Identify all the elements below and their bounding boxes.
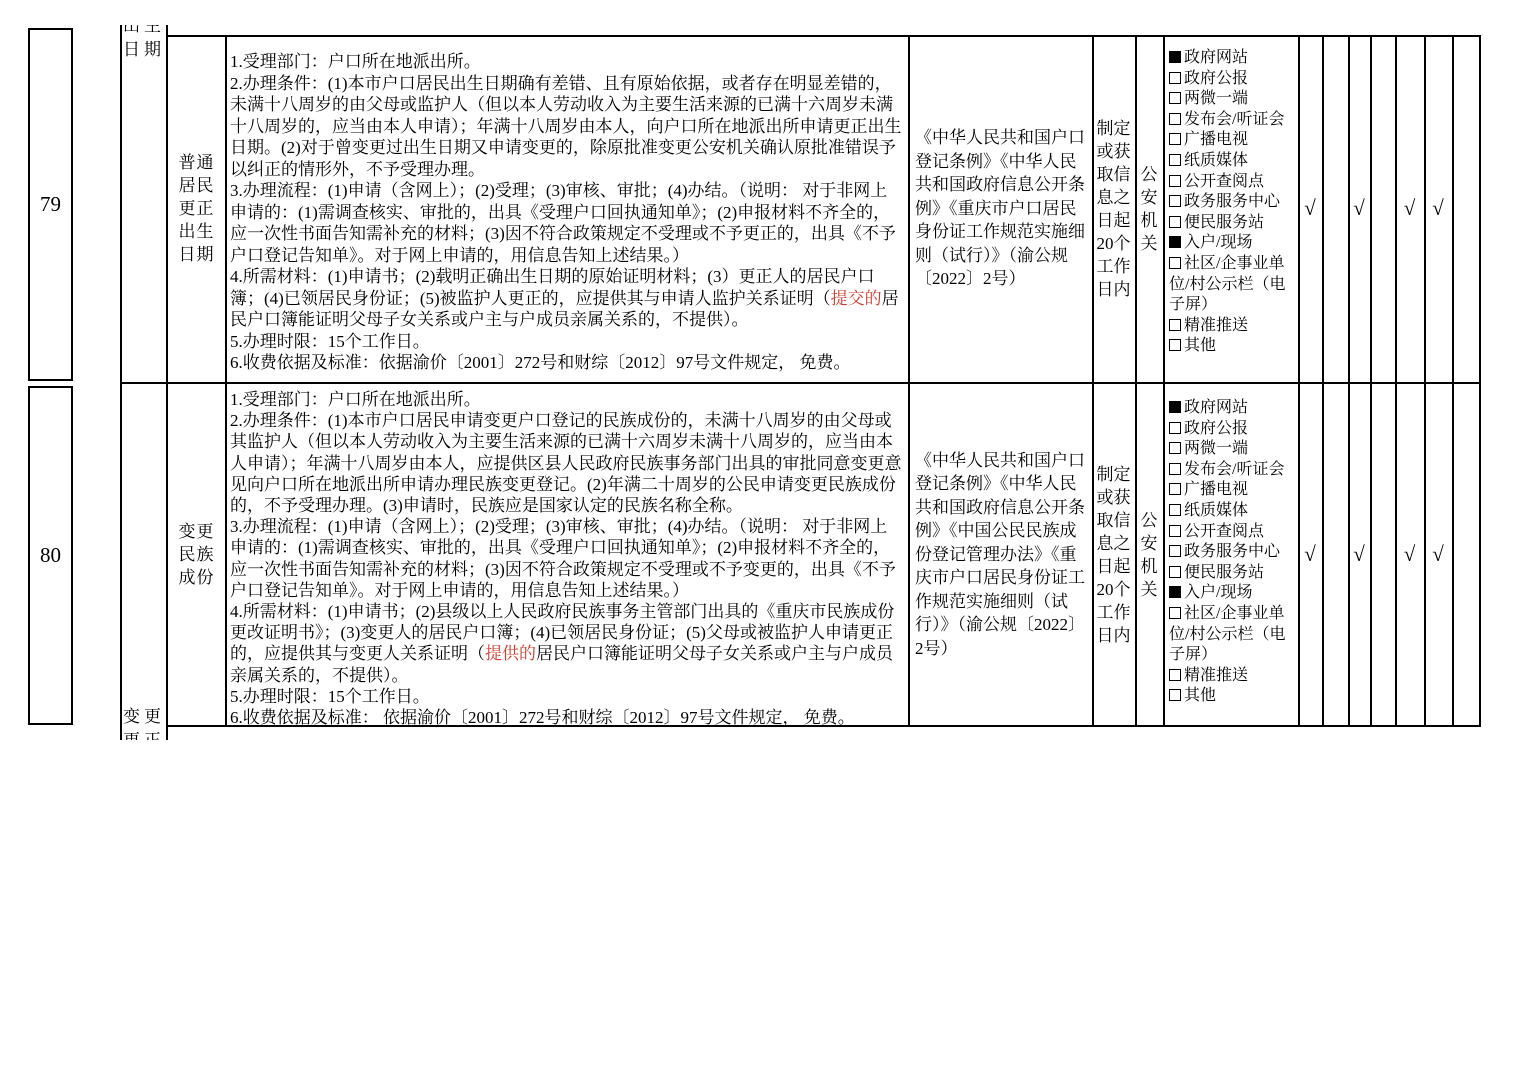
channel-option: 政务服务中心 bbox=[1169, 192, 1296, 213]
channel-label: 社区/企事业单位/村公示栏（电子屏） bbox=[1169, 605, 1285, 663]
checkbox-unchecked-icon bbox=[1169, 525, 1181, 537]
channel-label: 便民服务站 bbox=[1184, 564, 1264, 581]
tick-cell bbox=[1322, 35, 1348, 382]
channel-option: 纸质媒体 bbox=[1169, 151, 1296, 172]
checkbox-unchecked-icon bbox=[1169, 72, 1181, 84]
tick-columns-row: √√√√ bbox=[1298, 382, 1481, 727]
channels-cell: 政府网站政府公报两微一端发布会/听证会广播电视纸质媒体公开查阅点政务服务中心便民… bbox=[1165, 35, 1296, 382]
checkbox-unchecked-icon bbox=[1169, 422, 1181, 434]
tick-cell: √ bbox=[1424, 382, 1452, 727]
item-name-cell: 变更民族成份 bbox=[170, 384, 223, 725]
tick-columns-row: √√√√ bbox=[1298, 35, 1481, 382]
channel-label: 公开查阅点 bbox=[1184, 523, 1264, 540]
agency-text: 公安机关 bbox=[1140, 509, 1158, 601]
description-text: 1.受理部门：户口所在地派出所。 2.办理条件：(1)本市户口居民出生日期确有差… bbox=[230, 52, 902, 308]
channel-option: 政府网站 bbox=[1169, 48, 1296, 69]
checkbox-unchecked-icon bbox=[1169, 92, 1181, 104]
channel-label: 其他 bbox=[1184, 687, 1216, 704]
channel-label: 入户/现场 bbox=[1184, 584, 1252, 601]
channel-option: 发布会/听证会 bbox=[1169, 460, 1296, 481]
tick-cell: √ bbox=[1298, 382, 1322, 727]
checkbox-checked-icon bbox=[1169, 586, 1181, 598]
channel-option: 两微一端 bbox=[1169, 89, 1296, 110]
checkbox-unchecked-icon bbox=[1169, 133, 1181, 145]
checkbox-unchecked-icon bbox=[1169, 669, 1181, 681]
checkbox-unchecked-icon bbox=[1169, 257, 1181, 269]
channel-option: 精准推送 bbox=[1169, 666, 1296, 687]
channels-cell: 政府网站政府公报两微一端发布会/听证会广播电视纸质媒体公开查阅点政务服务中心便民… bbox=[1165, 382, 1296, 727]
checkbox-unchecked-icon bbox=[1169, 607, 1181, 619]
item-name-cell: 普通居民更正出生日期 bbox=[170, 37, 223, 380]
checkbox-unchecked-icon bbox=[1169, 216, 1181, 228]
channel-option: 两微一端 bbox=[1169, 439, 1296, 460]
channel-label: 政务服务中心 bbox=[1184, 543, 1280, 560]
channel-option: 社区/企事业单位/村公示栏（电子屏） bbox=[1169, 254, 1296, 316]
channel-label: 精准推送 bbox=[1184, 317, 1248, 334]
group-label: 变更更正 bbox=[122, 705, 166, 740]
time-limit-cell: 制定或获取信息之日起20个工作日内 bbox=[1094, 35, 1133, 382]
agency-cell: 公安机关 bbox=[1137, 35, 1161, 382]
description-cell: 1.受理部门：户口所在地派出所。 2.办理条件：(1)本市户口居民申请变更户口登… bbox=[227, 382, 906, 727]
tick-cell: √ bbox=[1395, 382, 1424, 727]
checkbox-unchecked-icon bbox=[1169, 319, 1181, 331]
channel-label: 其他 bbox=[1184, 337, 1216, 354]
description-text: 1.受理部门：户口所在地派出所。 2.办理条件：(1)本市户口居民申请变更户口登… bbox=[230, 390, 902, 663]
channel-label: 社区/企事业单位/村公示栏（电子屏） bbox=[1169, 255, 1285, 313]
row-number-cell: 80 bbox=[28, 386, 73, 725]
time-limit-text: 制定或获取信息之日起20个工作日内 bbox=[1095, 463, 1133, 647]
tick-cell bbox=[1452, 382, 1481, 727]
channel-option: 便民服务站 bbox=[1169, 563, 1296, 584]
legal-basis-cell: 《中华人民共和国户口登记条例》《中华人民共和国政府信息公开条例》《中国公民民族成… bbox=[910, 382, 1090, 727]
legal-basis-text: 《中华人民共和国户口登记条例》《中华人民共和国政府信息公开条例》《中国公民民族成… bbox=[910, 449, 1090, 661]
group-label: 出生日期 bbox=[122, 25, 166, 62]
channel-option: 公开查阅点 bbox=[1169, 522, 1296, 543]
check-mark: √ bbox=[1304, 542, 1316, 567]
row-number-cell: 79 bbox=[28, 28, 73, 381]
channel-option: 其他 bbox=[1169, 336, 1296, 357]
channel-option: 精准推送 bbox=[1169, 316, 1296, 337]
channel-option: 广播电视 bbox=[1169, 480, 1296, 501]
legal-basis-text: 《中华人民共和国户口登记条例》《中华人民共和国政府信息公开条例》《重庆市户口居民… bbox=[910, 126, 1090, 291]
tick-cell bbox=[1452, 35, 1481, 382]
checkbox-unchecked-icon bbox=[1169, 195, 1181, 207]
checkbox-unchecked-icon bbox=[1169, 154, 1181, 166]
channel-label: 政务服务中心 bbox=[1184, 193, 1280, 210]
channel-option: 公开查阅点 bbox=[1169, 172, 1296, 193]
checkbox-checked-icon bbox=[1169, 401, 1181, 413]
tick-cell bbox=[1370, 382, 1395, 727]
check-mark: √ bbox=[1353, 542, 1365, 567]
checkbox-unchecked-icon bbox=[1169, 463, 1181, 475]
channel-option: 广播电视 bbox=[1169, 130, 1296, 151]
tick-cell bbox=[1370, 35, 1395, 382]
channel-label: 便民服务站 bbox=[1184, 214, 1264, 231]
channel-label: 纸质媒体 bbox=[1184, 502, 1248, 519]
checkbox-unchecked-icon bbox=[1169, 504, 1181, 516]
channel-label: 政府网站 bbox=[1184, 399, 1248, 416]
tick-cell: √ bbox=[1298, 35, 1322, 382]
channel-label: 入户/现场 bbox=[1184, 234, 1252, 251]
tick-cell: √ bbox=[1348, 382, 1370, 727]
channel-label: 发布会/听证会 bbox=[1184, 461, 1284, 478]
channel-option: 政府公报 bbox=[1169, 419, 1296, 440]
channel-option: 发布会/听证会 bbox=[1169, 110, 1296, 131]
agency-cell: 公安机关 bbox=[1137, 382, 1161, 727]
check-mark: √ bbox=[1304, 196, 1316, 221]
channel-label: 公开查阅点 bbox=[1184, 173, 1264, 190]
agency-text: 公安机关 bbox=[1140, 163, 1158, 255]
legal-basis-cell: 《中华人民共和国户口登记条例》《中华人民共和国政府信息公开条例》《重庆市户口居民… bbox=[910, 35, 1090, 382]
check-mark: √ bbox=[1353, 196, 1365, 221]
checkbox-unchecked-icon bbox=[1169, 483, 1181, 495]
tick-cell: √ bbox=[1395, 35, 1424, 382]
channel-option: 政府网站 bbox=[1169, 398, 1296, 419]
time-limit-cell: 制定或获取信息之日起20个工作日内 bbox=[1094, 382, 1133, 727]
document-page: { "colors": { "highlight_red": "#d23a2e"… bbox=[0, 0, 1520, 1074]
item-name: 变更民族成份 bbox=[171, 520, 223, 589]
description-cell: 1.受理部门：户口所在地派出所。 2.办理条件：(1)本市户口居民出生日期确有差… bbox=[227, 35, 906, 382]
checkbox-unchecked-icon bbox=[1169, 339, 1181, 351]
checkbox-unchecked-icon bbox=[1169, 545, 1181, 557]
checkbox-checked-icon bbox=[1169, 236, 1181, 248]
checkbox-unchecked-icon bbox=[1169, 566, 1181, 578]
check-mark: √ bbox=[1404, 542, 1416, 567]
channel-label: 纸质媒体 bbox=[1184, 152, 1248, 169]
checkbox-unchecked-icon bbox=[1169, 175, 1181, 187]
channel-label: 两微一端 bbox=[1184, 90, 1248, 107]
channel-option: 入户/现场 bbox=[1169, 583, 1296, 604]
channel-option: 政府公报 bbox=[1169, 69, 1296, 90]
tick-cell: √ bbox=[1348, 35, 1370, 382]
channel-label: 广播电视 bbox=[1184, 131, 1248, 148]
channel-option: 社区/企事业单位/村公示栏（电子屏） bbox=[1169, 604, 1296, 666]
highlighted-red-text: 提交的 bbox=[831, 289, 882, 308]
tick-cell bbox=[1322, 382, 1348, 727]
time-limit-text: 制定或获取信息之日起20个工作日内 bbox=[1095, 117, 1133, 301]
tick-cell: √ bbox=[1424, 35, 1452, 382]
group-label-cell: 变更更正 bbox=[122, 384, 166, 740]
highlighted-red-text: 提供的 bbox=[485, 644, 536, 663]
check-mark: √ bbox=[1404, 196, 1416, 221]
channel-option: 其他 bbox=[1169, 686, 1296, 707]
channel-option: 政务服务中心 bbox=[1169, 542, 1296, 563]
check-mark: √ bbox=[1432, 196, 1444, 221]
channel-option: 纸质媒体 bbox=[1169, 501, 1296, 522]
row-number: 80 bbox=[40, 543, 61, 568]
channel-label: 精准推送 bbox=[1184, 667, 1248, 684]
item-name: 普通居民更正出生日期 bbox=[171, 151, 223, 266]
channel-option: 便民服务站 bbox=[1169, 213, 1296, 234]
checkbox-unchecked-icon bbox=[1169, 442, 1181, 454]
checkbox-checked-icon bbox=[1169, 51, 1181, 63]
channel-label: 广播电视 bbox=[1184, 481, 1248, 498]
channel-option: 入户/现场 bbox=[1169, 233, 1296, 254]
channel-label: 政府网站 bbox=[1184, 49, 1248, 66]
row-number: 79 bbox=[40, 192, 61, 217]
check-mark: √ bbox=[1432, 542, 1444, 567]
channel-label: 政府公报 bbox=[1184, 420, 1248, 437]
channel-label: 发布会/听证会 bbox=[1184, 111, 1284, 128]
checkbox-unchecked-icon bbox=[1169, 113, 1181, 125]
group-label-cell: 出生日期 bbox=[122, 25, 166, 382]
channel-label: 政府公报 bbox=[1184, 70, 1248, 87]
checkbox-unchecked-icon bbox=[1169, 689, 1181, 701]
channel-label: 两微一端 bbox=[1184, 440, 1248, 457]
